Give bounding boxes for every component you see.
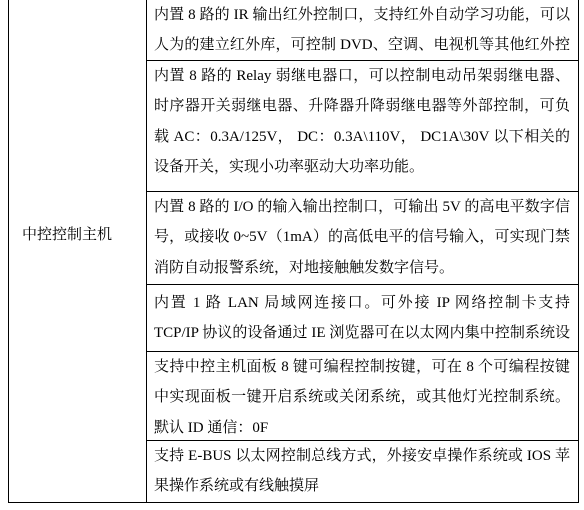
spec-table: 中控控制主机 内置 8 路的 IR 输出红外控制口，支持红外自动学习功能，可以人… xyxy=(8,0,579,503)
device-name-label: 中控控制主机 xyxy=(22,227,112,244)
spec-row-io-ports: 内置 8 路的 I/O 的输入输出控制口，可输出 5V 的高电平数字信号，或接收… xyxy=(147,192,578,285)
spec-row-ir-ports: 内置 8 路的 IR 输出红外控制口，支持红外自动学习功能，可以人为的建立红外库… xyxy=(147,0,578,61)
document-page: 中控控制主机 内置 8 路的 IR 输出红外控制口，支持红外自动学习功能，可以人… xyxy=(0,0,584,510)
spec-row-ebus: 支持 E-BUS 以太网控制总线方式，外接安卓操作系统或 IOS 苹果操作系统或… xyxy=(147,441,578,502)
spec-rows: 内置 8 路的 IR 输出红外控制口，支持红外自动学习功能，可以人为的建立红外库… xyxy=(147,0,578,502)
spec-row-lan-port: 内置 1 路 LAN 局域网连接口。可外接 IP 网络控制卡支持 TCP/IP … xyxy=(147,285,578,352)
spec-row-relay-ports: 内置 8 路的 Relay 弱继电器口，可以控制电动吊架弱继电器、时序器开关弱继… xyxy=(147,61,578,192)
device-name-cell: 中控控制主机 xyxy=(9,0,147,502)
spec-row-panel-buttons: 支持中控主机面板 8 键可编程控制按键，可在 8 个可编程按键中实现面板一键开启… xyxy=(147,352,578,441)
